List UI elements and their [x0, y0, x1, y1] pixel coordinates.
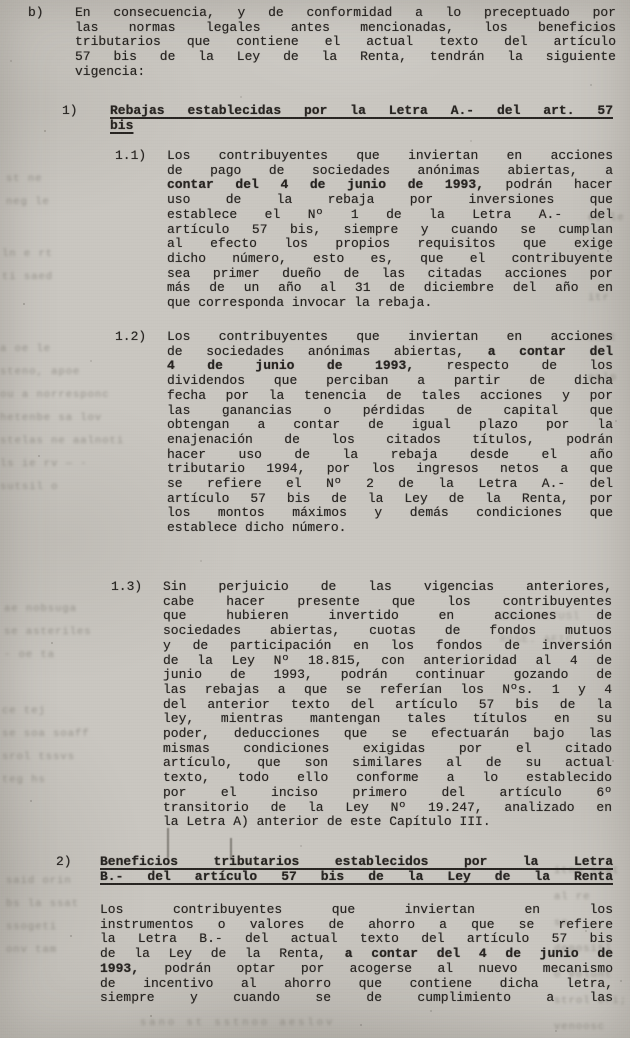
paragraph-1-2: Los contribuyentes que inviertan en acci… [167, 330, 613, 536]
section-label-2: 2) [56, 855, 72, 870]
paragraph-1-2-body: Los contribuyentes que inviertan en acci… [167, 330, 613, 521]
paragraph-1-1: Los contribuyentes que inviertan en acci… [167, 149, 613, 311]
item-label-1-1: 1.1) [115, 149, 146, 164]
paragraph-section-2: Los contribuyentes que inviertan en los … [100, 903, 613, 1006]
scanned-document-page: l3 aec st ne neg le ln e rt ti saed a oe… [0, 0, 630, 1038]
paragraph-1-1-lastline: que corresponda invocar la rebaja. [167, 296, 613, 311]
bleed-through-fragment: sano st sstnoo aeslov [140, 1012, 460, 1035]
paragraph-1-3-body: Sin perjuicio de las vigencias anteriore… [163, 580, 612, 815]
section-label-1: 1) [62, 104, 78, 119]
paragraph-section-2-text-cont: podrán optar por acogerse al nuevo mecan… [100, 961, 613, 1005]
bleed-through-fragment: a oe le steno, apoe ou a norresponc hete… [0, 338, 158, 499]
paragraph-item-b: En consecuencia, y de conformidad a lo p… [75, 6, 616, 80]
bleed-through-fragment: st ne neg le [6, 168, 76, 214]
paragraph-1-2-lastline: establece dicho número. [167, 521, 613, 536]
section-2-heading: Beneficios tributarios establecidos por … [100, 855, 613, 884]
paragraph-item-b-body: En consecuencia, y de conformidad a lo p… [75, 6, 616, 65]
item-label-1-2: 1.2) [115, 330, 146, 345]
section-1-heading: Rebajas establecidas por la Letra A.- de… [110, 104, 613, 133]
bleed-through-fragment: ae nobsuga se asteriles - oe ta [4, 598, 124, 667]
paragraph-1-1-body: Los contribuyentes que inviertan en acci… [167, 149, 613, 296]
paragraph-1-3-lastline: la Letra A) anterior de este Capítulo II… [163, 815, 612, 830]
bleed-through-fragment: ce tej se soa soaff srol tssvs teg hs [2, 700, 112, 792]
paragraph-section-2-body: Los contribuyentes que inviertan en los … [100, 903, 613, 1006]
paragraph-item-b-lastline: vigencia: [75, 65, 616, 80]
paragraph-1-3: Sin perjuicio de las vigencias anteriore… [163, 580, 612, 830]
item-label-1-3: 1.3) [111, 580, 142, 595]
paragraph-1-1-text: Los contribuyentes que inviertan en acci… [167, 148, 613, 178]
paragraph-1-2-text-cont: respecto de los dividendos que perciban … [167, 358, 613, 520]
bleed-through-fragment: ln e rt ti saed [2, 243, 82, 289]
item-label-b: b) [28, 6, 44, 21]
bold-date-phrase: contar del 4 de junio de 1993, [167, 177, 484, 192]
paper-speckle-texture [0, 0, 2, 2]
bleed-through-fragment: said orin bs la ssat ssogeti onv tam [6, 870, 106, 962]
paragraph-1-1-text-cont: podrán hacer uso de la rebaja por invers… [167, 177, 613, 295]
